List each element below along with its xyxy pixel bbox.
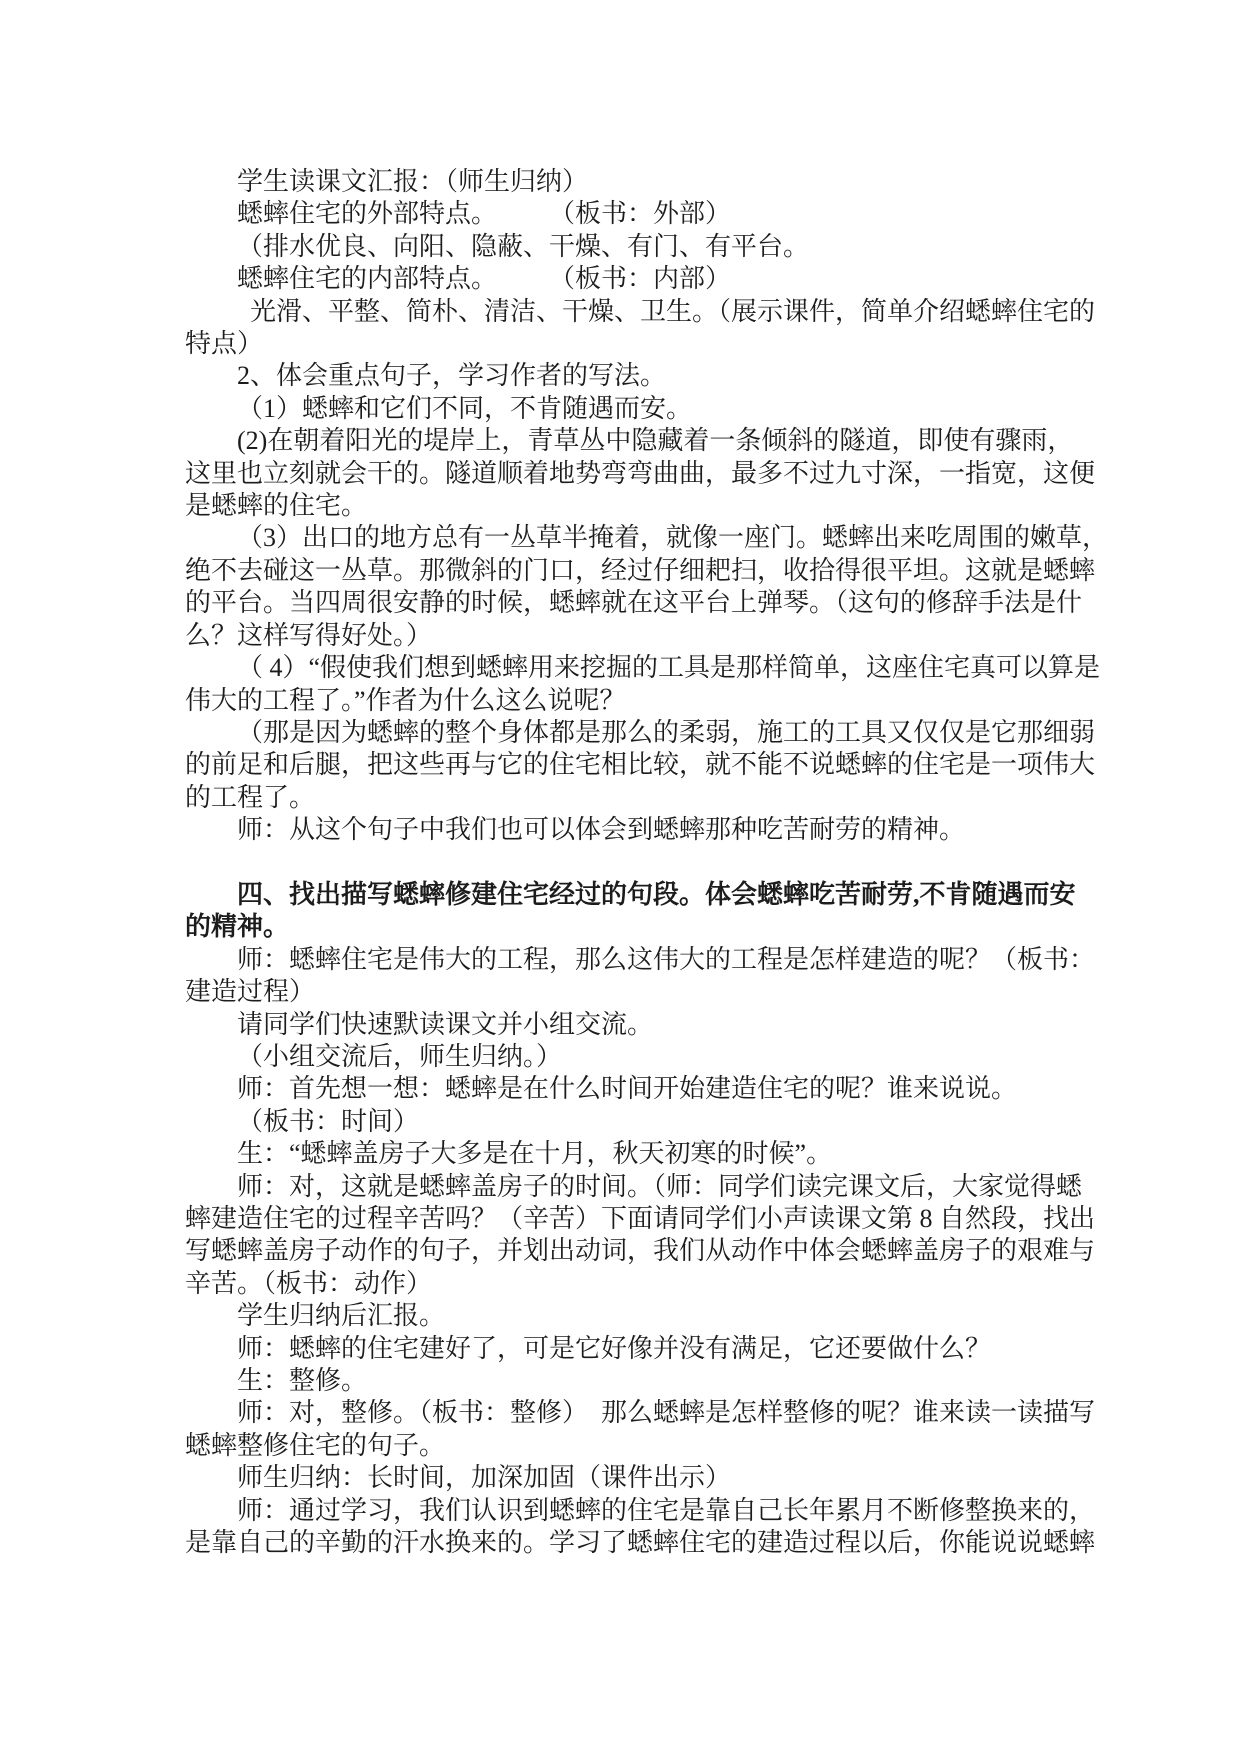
text-line: (2)在朝着阳光的堤岸上，青草丛中隐藏着一条倾斜的隧道，即使有骤雨，: [185, 425, 1115, 457]
text-line: 是靠自己的辛勤的汗水换来的。学习了蟋蟀住宅的建造过程以后，你能说说蟋蟀: [185, 1527, 1115, 1559]
text-line: 生：“蟋蟀盖房子大多是在十月，秋天初寒的时候”。: [185, 1138, 1115, 1170]
text-line: 么？这样写得好处。）: [185, 620, 1115, 652]
text-line: 师生归纳：长时间，加深加固（课件出示）: [185, 1462, 1115, 1494]
text-line: 的前足和后腿，把这些再与它的住宅相比较，就不能不说蟋蟀的住宅是一项伟大: [185, 749, 1115, 781]
text-line: 伟大的工程了。”作者为什么这么说呢？: [185, 685, 1115, 717]
text-line: 的精神。: [185, 911, 1115, 943]
text-line: 师：对，这就是蟋蟀盖房子的时间。（师：同学们读完课文后，大家觉得蟋: [185, 1171, 1115, 1203]
text-line: 师：通过学习，我们认识到蟋蟀的住宅是靠自己长年累月不断修整换来的，: [185, 1495, 1115, 1527]
text-line: 师：蟋蟀住宅是伟大的工程，那么这伟大的工程是怎样建造的呢？（板书：: [185, 944, 1115, 976]
text-line: 生：整修。: [185, 1365, 1115, 1397]
text-line: 请同学们快速默读课文并小组交流。: [185, 1009, 1115, 1041]
text-line: 四、找出描写蟋蟀修建住宅经过的句段。体会蟋蟀吃苦耐劳,不肯随遇而安: [185, 879, 1115, 911]
text-line: 学生归纳后汇报。: [185, 1300, 1115, 1332]
text-line: 蟀建造住宅的过程辛苦吗？（辛苦）下面请同学们小声读课文第 8 自然段，找出: [185, 1203, 1115, 1235]
text-line: 辛苦。（板书：动作）: [185, 1268, 1115, 1300]
text-line: 师：从这个句子中我们也可以体会到蟋蟀那种吃苦耐劳的精神。: [185, 814, 1115, 846]
text-line: 蟋蟀住宅的外部特点。 （板书：外部）: [185, 198, 1115, 230]
text-line: 的平台。当四周很安静的时候，蟋蟀就在这平台上弹琴。（这句的修辞手法是什: [185, 587, 1115, 619]
text-line: 师：蟋蟀的住宅建好了，可是它好像并没有满足，它还要做什么？: [185, 1333, 1115, 1365]
text-line: 是蟋蟀的住宅。: [185, 490, 1115, 522]
text-line: （ 4）“假使我们想到蟋蟀用来挖掘的工具是那样简单，这座住宅真可以算是: [185, 652, 1115, 684]
text-line: （3）出口的地方总有一丛草半掩着，就像一座门。蟋蟀出来吃周围的嫩草，: [185, 522, 1115, 554]
text-line: 蟋蟀整修住宅的句子。: [185, 1430, 1115, 1462]
text-line: 光滑、平整、简朴、清洁、干燥、卫生。（展示课件，简单介绍蟋蟀住宅的: [185, 296, 1115, 328]
text-line: 师：对，整修。（板书：整修） 那么蟋蟀是怎样整修的呢？谁来读一读描写: [185, 1397, 1115, 1429]
text-line: 2、体会重点句子，学习作者的写法。: [185, 360, 1115, 392]
text-line: 绝不去碰这一丛草。那微斜的门口，经过仔细耙扫，收拾得很平坦。这就是蟋蟀: [185, 555, 1115, 587]
text-line: （那是因为蟋蟀的整个身体都是那么的柔弱，施工的工具又仅仅是它那细弱: [185, 717, 1115, 749]
text-line: 蟋蟀住宅的内部特点。 （板书：内部）: [185, 263, 1115, 295]
blank-line: [185, 847, 1115, 879]
text-line: 写蟋蟀盖房子动作的句子，并划出动词，我们从动作中体会蟋蟀盖房子的艰难与: [185, 1235, 1115, 1267]
text-line: 建造过程）: [185, 976, 1115, 1008]
text-line: 师：首先想一想：蟋蟀是在什么时间开始建造住宅的呢？谁来说说。: [185, 1073, 1115, 1105]
text-line: （板书：时间）: [185, 1106, 1115, 1138]
document-page: 学生读课文汇报：（师生归纳）蟋蟀住宅的外部特点。 （板书：外部）（排水优良、向阳…: [0, 0, 1241, 1754]
text-line: （小组交流后，师生归纳。）: [185, 1041, 1115, 1073]
text-line: 的工程了。: [185, 782, 1115, 814]
text-line: （排水优良、向阳、隐蔽、干燥、有门、有平台。: [185, 231, 1115, 263]
text-line: 这里也立刻就会干的。隧道顺着地势弯弯曲曲，最多不过九寸深，一指宽，这便: [185, 458, 1115, 490]
text-line: 特点）: [185, 328, 1115, 360]
text-line: （1）蟋蟀和它们不同，不肯随遇而安。: [185, 393, 1115, 425]
document-body: 学生读课文汇报：（师生归纳）蟋蟀住宅的外部特点。 （板书：外部）（排水优良、向阳…: [185, 166, 1115, 1559]
text-line: 学生读课文汇报：（师生归纳）: [185, 166, 1115, 198]
